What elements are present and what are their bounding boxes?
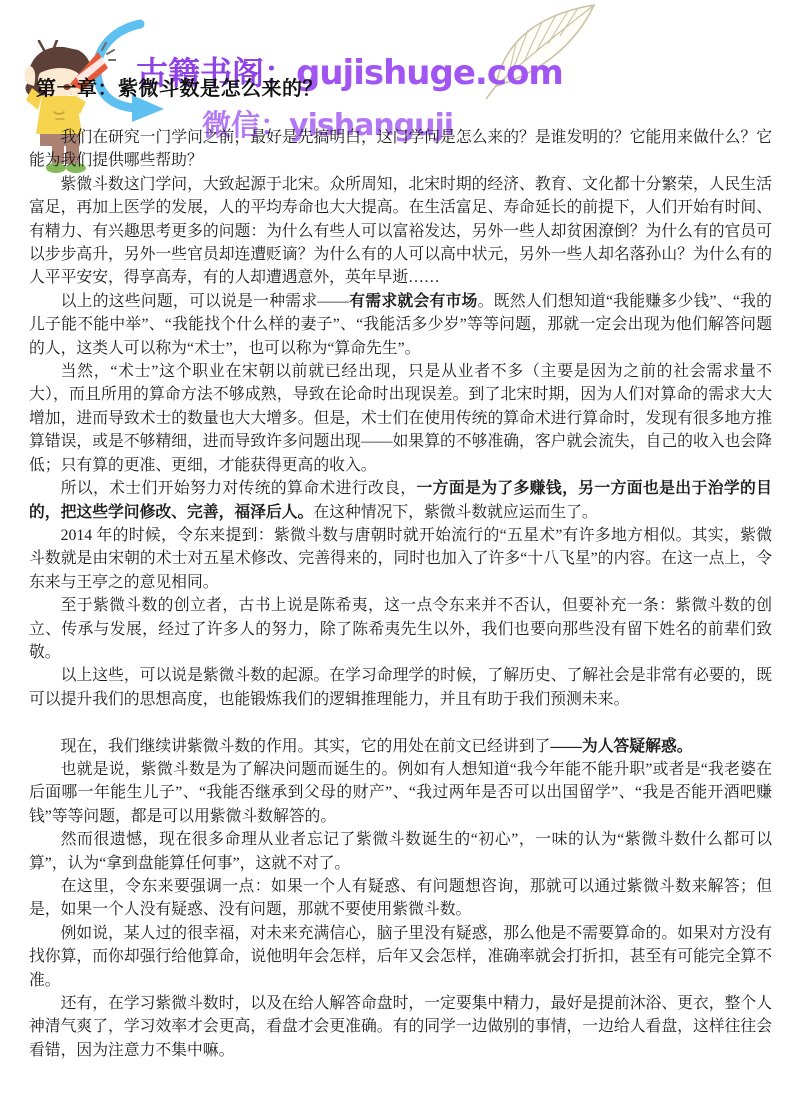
paragraph: 在这里，令东来要强调一点：如果一个人有疑惑、有问题想咨询，那就可以通过紫微斗数来…	[29, 875, 772, 922]
chapter-title: 第一章：紫微斗数是怎么来的？	[36, 72, 323, 101]
body-text: 2014 年的时候，令东来提到：紫微斗数与唐朝时就开始流行的“五星术”有许多地方…	[29, 527, 772, 591]
paragraph-gap	[29, 711, 772, 734]
body-text: 我们在研究一门学问之前，最好是先搞明白，这门学问是怎么来的？是谁发明的？它能用来…	[29, 129, 772, 169]
body-text: 也就是说，紫微斗数是为了解决问题而诞生的。例如有人想知道“我今年能不能升职”或者…	[29, 761, 772, 825]
chapter-body: 我们在研究一门学问之前，最好是先搞明白，这门学问是怎么来的？是谁发明的？它能用来…	[29, 126, 772, 1062]
paragraph: 2014 年的时候，令东来提到：紫微斗数与唐朝时就开始流行的“五星术”有许多地方…	[29, 524, 772, 594]
body-text: 紫微斗数这门学问，大致起源于北宋。众所周知，北宋时期的经济、教育、文化都十分繁荣…	[29, 176, 772, 287]
paragraph: 至于紫微斗数的创立者，古书上说是陈希夷，这一点令东来并不否认，但要补充一条：紫微…	[29, 594, 772, 664]
body-text: 以上这些，可以说是紫微斗数的起源。在学习命理学的时候，了解历史、了解社会是非常有…	[29, 667, 772, 707]
paragraph: 以上这些，可以说是紫微斗数的起源。在学习命理学的时候，了解历史、了解社会是非常有…	[29, 664, 772, 711]
paragraph: 以上的这些问题，可以说是一种需求——有需求就会有市场。既然人们想知道“我能赚多少…	[29, 290, 772, 360]
paragraph: 现在，我们继续讲紫微斗数的作用。其实，它的用处在前文已经讲到了——为人答疑解惑。	[29, 735, 772, 758]
watermark-site-url: gujishuge.com	[296, 53, 563, 93]
paragraph: 也就是说，紫微斗数是为了解决问题而诞生的。例如有人想知道“我今年能不能升职”或者…	[29, 758, 772, 828]
paragraph: 我们在研究一门学问之前，最好是先搞明白，这门学问是怎么来的？是谁发明的？它能用来…	[29, 126, 772, 173]
paragraph: 还有，在学习紫微斗数时，以及在给人解答命盘时，一定要集中精力，最好是提前沐浴、更…	[29, 992, 772, 1062]
body-text: 现在，我们继续讲紫微斗数的作用。其实，它的用处在前文已经讲到了	[61, 738, 551, 755]
body-text: 然而很遗憾，现在很多命理从业者忘记了紫微斗数诞生的“初心”，一味的认为“紫微斗数…	[29, 831, 772, 871]
paragraph: 所以，术士们开始努力对传统的算命术进行改良，一方面是为了多赚钱，另一方面也是出于…	[29, 477, 772, 524]
paragraph: 然而很遗憾，现在很多命理从业者忘记了紫微斗数诞生的“初心”，一味的认为“紫微斗数…	[29, 828, 772, 875]
body-text: 还有，在学习紫微斗数时，以及在给人解答命盘时，一定要集中精力，最好是提前沐浴、更…	[29, 995, 772, 1059]
paragraph: 当然，“术士”这个职业在宋朝以前就已经出现，只是从业者不多（主要是因为之前的社会…	[29, 360, 772, 477]
document-page: { "header": { "chapter_title": "第一章：紫微斗数…	[0, 0, 802, 1118]
body-text: 以上的这些问题，可以说是一种需求——	[61, 293, 349, 310]
body-text: 至于紫微斗数的创立者，古书上说是陈希夷，这一点令东来并不否认，但要补充一条：紫微…	[29, 597, 772, 661]
body-text: 在这里，令东来要强调一点：如果一个人有疑惑、有问题想咨询，那就可以通过紫微斗数来…	[29, 878, 772, 918]
body-text: 例如说，某人过的很幸福，对未来充满信心，脑子里没有疑惑，那么他是不需要算命的。如…	[29, 925, 772, 989]
paragraph: 紫微斗数这门学问，大致起源于北宋。众所周知，北宋时期的经济、教育、文化都十分繁荣…	[29, 173, 772, 290]
emphasis-text: ——为人答疑解惑。	[550, 738, 692, 755]
body-text: 所以，术士们开始努力对传统的算命术进行改良，	[61, 480, 417, 497]
emphasis-text: 有需求就会有市场	[349, 293, 478, 310]
body-text: 在这种情况下，紫微斗数就应运而生了。	[313, 504, 597, 521]
paragraph: 例如说，某人过的很幸福，对未来充满信心，脑子里没有疑惑，那么他是不需要算命的。如…	[29, 922, 772, 992]
body-text: 当然，“术士”这个职业在宋朝以前就已经出现，只是从业者不多（主要是因为之前的社会…	[29, 363, 772, 474]
